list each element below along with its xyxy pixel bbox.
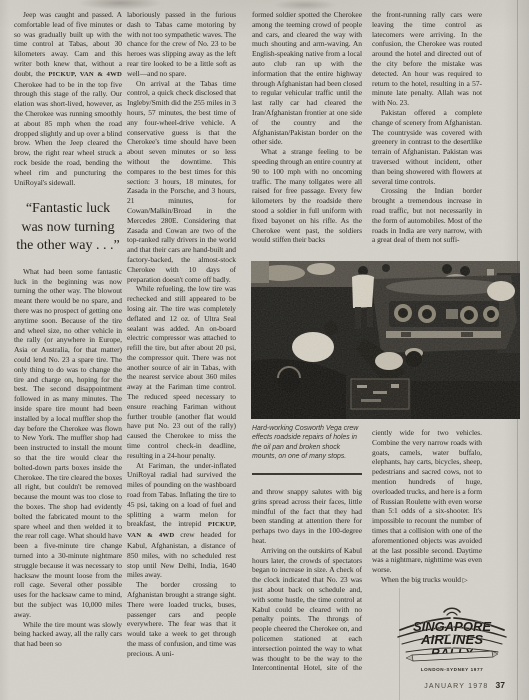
logo-line2: AIRLINES [420, 632, 483, 647]
article-paragraph: When the big trucks would ▷ [372, 575, 482, 586]
pull-quote: “Fantastic luck was now turning the othe… [14, 200, 122, 256]
article-photo [251, 261, 520, 419]
paragraph-text: Jeep was caught and passed. A comfortabl… [14, 10, 122, 78]
page-footer: JANUARY 197837 [365, 680, 505, 690]
article-paragraph: Pakistan offered a complete change of sc… [372, 108, 482, 186]
footer-page-number: 37 [496, 680, 505, 690]
article-paragraph: ciently wide for two vehicles. Combine t… [372, 428, 482, 575]
text-column-3-bottom: and throw snappy salutes with big grins … [252, 487, 362, 673]
text-column-4-bottom: ciently wide for two vehicles. Combine t… [372, 428, 482, 602]
continuation-arrow-icon: ▷ [463, 577, 468, 584]
magazine-brand-name: PICKUP, VAN & 4WD [48, 71, 122, 78]
rally-logo: SINGAPORE AIRLINES RALLY LONDON-SYDNEY 1… [396, 604, 508, 676]
article-paragraph: On arrival at the Tabas time control, a … [127, 79, 236, 285]
paragraph-text: Cherokee had to be in the top five throu… [14, 80, 122, 187]
text-column-2: laboriously passed in the furious dash t… [127, 10, 236, 670]
logo-subtitle: LONDON-SYDNEY 1977 [421, 667, 484, 672]
article-paragraph: What had been some fantastic luck in the… [14, 267, 122, 620]
page-edge-shadow [517, 0, 518, 700]
article-paragraph: While refueling, the low tire was rechec… [127, 284, 236, 460]
paragraph-text: At Fariman, the under-inflated UniRoyal … [127, 461, 236, 529]
text-column-3-top: formed soldier spotted the Cherokee amon… [252, 10, 362, 257]
article-paragraph: and throw snappy salutes with big grins … [252, 487, 362, 546]
magazine-page: Jeep was caught and passed. A comfortabl… [0, 0, 529, 700]
article-paragraph: Jeep was caught and passed. A comfortabl… [14, 10, 122, 187]
article-paragraph: Crossing the Indian border brought a tre… [372, 186, 482, 245]
paragraph-text: When the big trucks would [381, 575, 461, 584]
caption-divider-rule [252, 473, 362, 475]
crew-repair-photo [251, 261, 520, 419]
text-column-1: Jeep was caught and passed. A comfortabl… [14, 10, 122, 668]
article-paragraph: laboriously passed in the furious dash t… [127, 10, 236, 79]
text-column-4-top: the front-running rally cars were leavin… [372, 10, 482, 257]
article-paragraph: Arriving on the outskirts of Kabul hours… [252, 546, 362, 673]
article-paragraph: the front-running rally cars were leavin… [372, 10, 482, 108]
article-paragraph: What a strange feeling to be speeding th… [252, 147, 362, 245]
photo-caption: Hard-working Cosworth Vega crew effects … [252, 424, 365, 462]
article-paragraph: formed soldier spotted the Cherokee amon… [252, 10, 362, 147]
article-paragraph: At Fariman, the under-inflated UniRoyal … [127, 461, 236, 581]
footer-issue-date: JANUARY 1978 [424, 683, 488, 690]
article-paragraph: The border crossing to Afghanistan broug… [127, 580, 236, 658]
article-paragraph: While the tire mount was slowly being ha… [14, 620, 122, 649]
